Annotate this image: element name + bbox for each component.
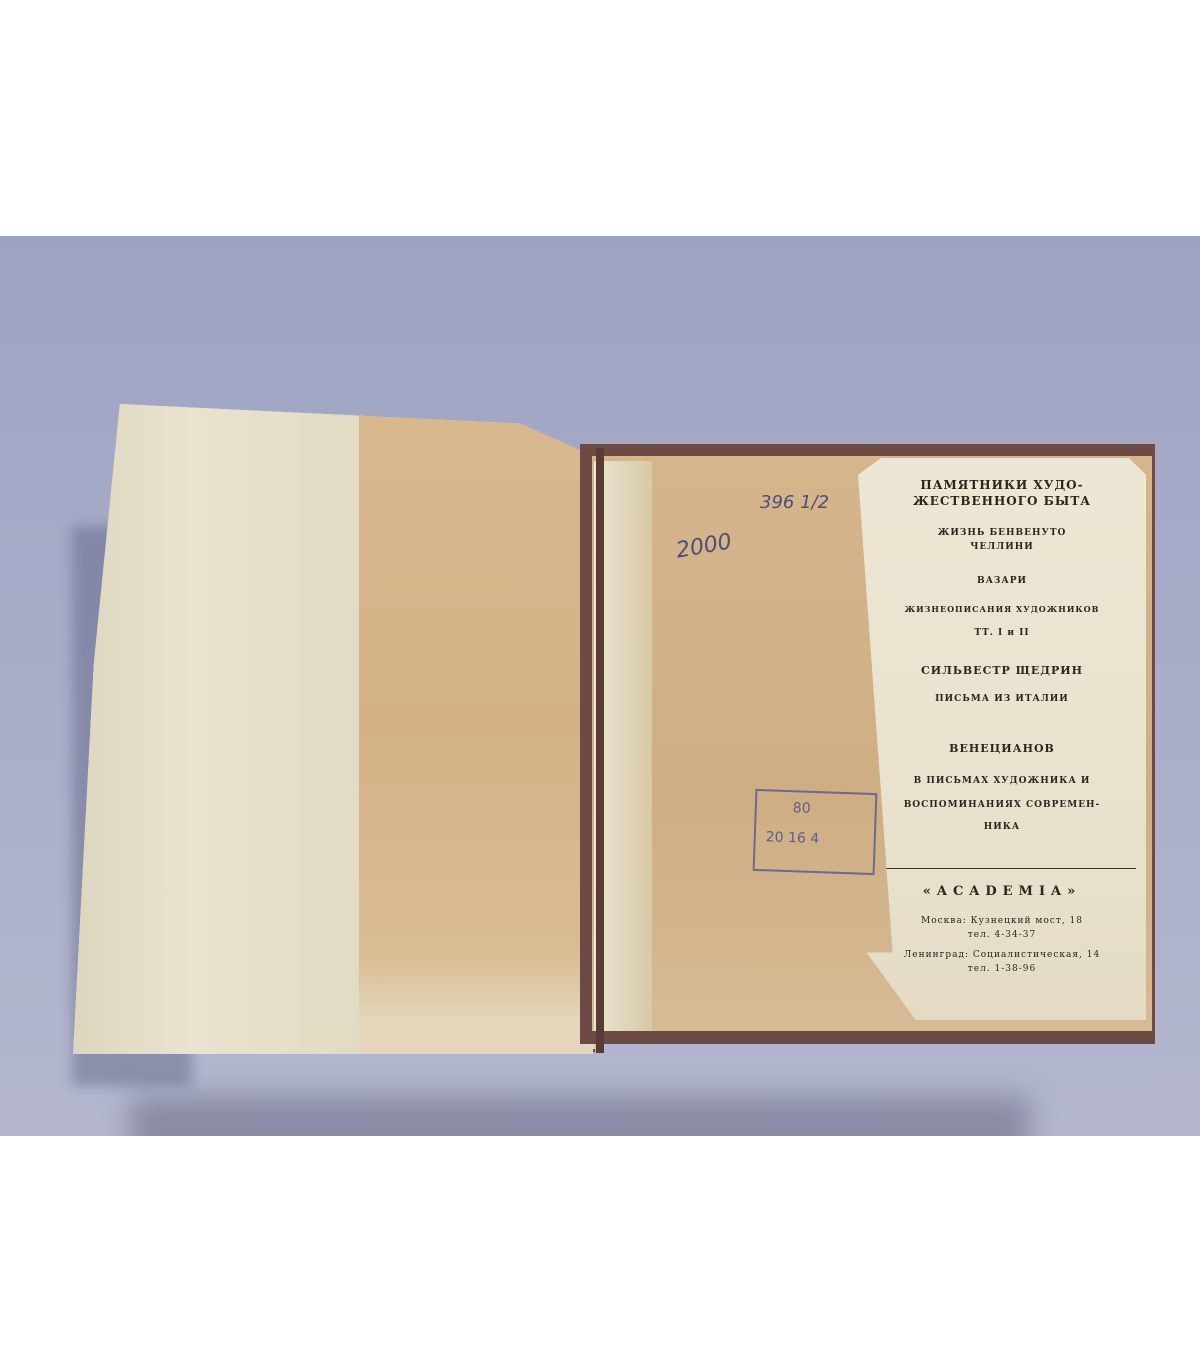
item-2-subtitle: ЖИЗНЕОПИСАНИЯ ХУДОЖНИКОВ bbox=[858, 604, 1146, 614]
item-4-subtitle-2: ВОСПОМИНАНИЯХ СОВРЕМЕН- bbox=[858, 800, 1146, 810]
item-1-subtitle: ЧЕЛЛИНИ bbox=[858, 542, 1146, 552]
item-2-title: ВАЗАРИ bbox=[858, 576, 1146, 586]
leningrad-phone: тел. 1-38-96 bbox=[858, 964, 1146, 974]
moscow-address: Москва: Кузнецкий мост, 18 bbox=[858, 916, 1146, 926]
publisher-slip: ПАМЯТНИКИ ХУДО- ЖЕСТВЕННОГО БЫТА ЖИЗНЬ Б… bbox=[858, 458, 1146, 1020]
series-title-2: ЖЕСТВЕННОГО БЫТА bbox=[858, 494, 1146, 508]
spine-gutter bbox=[596, 448, 604, 1053]
bottom-shadow bbox=[130, 1096, 1030, 1136]
shelf-number: 396 1/2 bbox=[760, 492, 829, 513]
moscow-phone: тел. 4-34-37 bbox=[858, 930, 1146, 940]
item-4-subtitle: В ПИСЬМАХ ХУДОЖНИКА И bbox=[858, 776, 1146, 786]
divider-rule bbox=[886, 868, 1136, 869]
item-1-title: ЖИЗНЬ БЕНВЕНУТО bbox=[858, 528, 1146, 538]
publisher-name: «ACADEMIA» bbox=[858, 884, 1146, 899]
item-3-subtitle: ПИСЬМА ИЗ ИТАЛИИ bbox=[858, 694, 1146, 704]
library-stamp: 80 20 16 4 bbox=[753, 789, 878, 875]
item-4-subtitle-3: НИКА bbox=[858, 822, 1146, 832]
unstained-area bbox=[73, 404, 364, 1054]
item-3-title: СИЛЬВЕСТР ЩЕДРИН bbox=[858, 664, 1146, 677]
stamp-number: 80 bbox=[793, 800, 811, 817]
left-free-endpaper bbox=[73, 404, 593, 1054]
stamp-date: 20 16 4 bbox=[766, 829, 820, 847]
book-photo: 396 1/2 2000 80 20 16 4 ПАМЯТНИКИ ХУДО- … bbox=[0, 236, 1200, 1136]
item-4-title: ВЕНЕЦИАНОВ bbox=[858, 742, 1146, 755]
item-2-note: ТТ. I и II bbox=[858, 628, 1146, 638]
foxing-stain bbox=[359, 404, 593, 1054]
series-title-1: ПАМЯТНИКИ ХУДО- bbox=[858, 478, 1146, 492]
leningrad-address: Ленинград: Социалистическая, 14 bbox=[858, 950, 1146, 960]
